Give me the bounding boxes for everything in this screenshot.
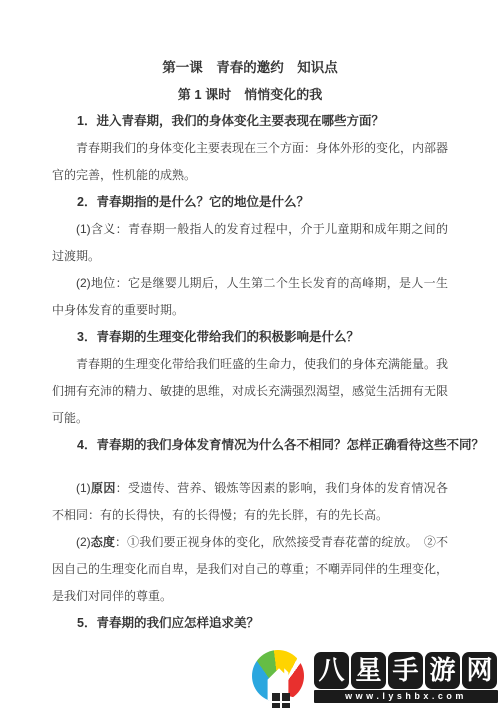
site-name-stamps: 八 星 手 游 网	[314, 652, 498, 689]
site-url: www.lyshbx.com	[314, 690, 498, 703]
rainbow-house-icon	[252, 649, 308, 708]
site-name-stamp: 星	[351, 652, 386, 689]
window-square	[272, 703, 280, 708]
site-name-stamp: 八	[314, 652, 349, 689]
window-square	[272, 693, 280, 701]
site-watermark: 八 星 手 游 网 www.lyshbx.com	[252, 646, 498, 708]
paragraph-answer-1: 青春期我们的身体变化主要表现在三个方面：身体外形的变化，内部器官的完善，性机能的…	[52, 135, 448, 189]
document-body: 第一课 青春的邀约 知识点 第 1 课时 悄悄变化的我 1．进入青春期，我们的身…	[0, 0, 500, 637]
window-square	[282, 703, 290, 708]
question-heading-2: 2．青春期指的是什么？它的地位是什么？	[52, 189, 448, 216]
site-name-stamp: 网	[462, 652, 497, 689]
list-marker: (2)	[76, 535, 91, 549]
paragraph-answer-3: 青春期的生理变化带给我们旺盛的生命力，使我们的身体充满能量。我们拥有充沛的精力、…	[52, 351, 448, 432]
bold-lead-label: 态度	[91, 535, 115, 549]
site-name-stamp: 手	[388, 652, 423, 689]
question-heading-1: 1．进入青春期，我们的身体变化主要表现在哪些方面？	[52, 108, 448, 135]
question-heading-5: 5．青春期的我们应怎样追求美？	[52, 610, 448, 637]
bold-lead-label: 原因	[91, 481, 116, 495]
document-page: 第一课 青春的邀约 知识点 第 1 课时 悄悄变化的我 1．进入青春期，我们的身…	[0, 0, 500, 708]
page-title: 第一课 青春的邀约 知识点	[52, 54, 448, 81]
question-heading-3: 3．青春期的生理变化带给我们的积极影响是什么？	[52, 324, 448, 351]
site-name-stamp: 游	[425, 652, 460, 689]
list-marker: (1)	[76, 481, 91, 495]
question-heading-4: 4．青春期的我们身体发育情况为什么各不相同？怎样正确看待这些不同？	[52, 432, 448, 459]
window-square	[282, 693, 290, 701]
window-squares-icon	[272, 693, 290, 708]
paragraph-attitude: (2)态度：①我们要正视身体的变化，欣然接受青春花蕾的绽放。 ②不因自己的生理变…	[52, 529, 448, 610]
paragraph-definition: (1)含义：青春期一般指人的发育过程中，介于儿童期和成年期之间的过渡期。	[52, 216, 448, 270]
site-name-block: 八 星 手 游 网 www.lyshbx.com	[314, 652, 498, 703]
paragraph-status: (2)地位：它是继婴儿期后，人生第二个生长发育的高峰期，是人一生中身体发育的重要…	[52, 270, 448, 324]
paragraph-reason: (1)原因：受遗传、营养、锻炼等因素的影响，我们身体的发育情况各不相同：有的长得…	[52, 475, 448, 529]
page-subtitle: 第 1 课时 悄悄变化的我	[52, 81, 448, 108]
